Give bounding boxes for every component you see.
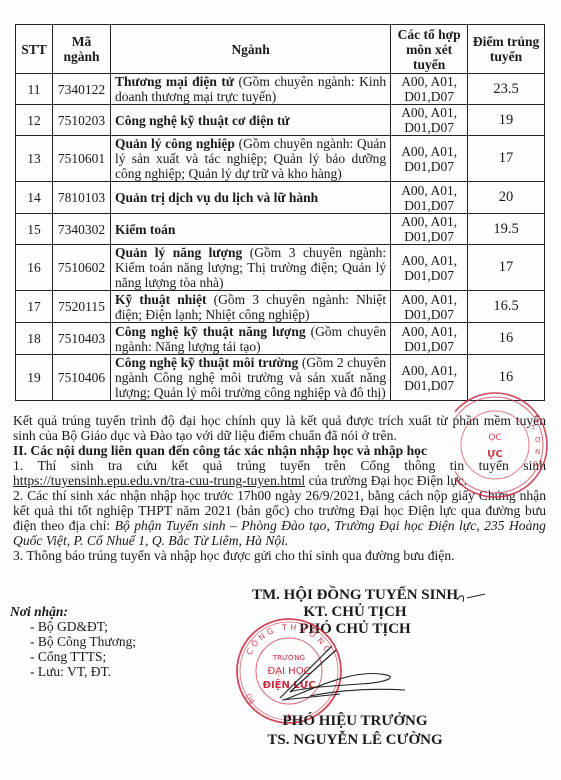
table-row: 187510403Công nghệ kỹ thuật năng lượng (… <box>16 323 545 355</box>
cell-code: 7340122 <box>52 74 110 105</box>
item2-line2: kết quả thi tốt nghiệp THPT năm 2021 (bả… <box>13 503 546 518</box>
svg-text:N: N <box>535 448 540 456</box>
item2-line3: điện theo địa chỉ: Bộ phận Tuyển sinh – … <box>13 518 546 533</box>
cell-stt: 16 <box>16 245 53 291</box>
major-name: Công nghệ kỹ thuật môi trường <box>115 355 298 370</box>
cell-code: 7510203 <box>52 105 110 136</box>
cell-combo: A00, A01, D01,D07 <box>391 214 468 245</box>
svg-text:ỰC: ỰC <box>487 449 503 460</box>
table-row: 177520115Kỹ thuật nhiệt (Gồm 3 chuyên ng… <box>16 291 545 323</box>
item2-address: Bộ phận Tuyển sinh – Phòng Đào tạo, Trườ… <box>115 518 546 533</box>
major-name: Thương mại điện tử <box>115 74 234 89</box>
cell-code: 7810103 <box>52 182 110 214</box>
header-major: Ngành <box>110 25 390 74</box>
cell-code: 7340302 <box>52 214 110 245</box>
header-code: Mã ngành <box>52 25 110 74</box>
cell-combo: A00, A01, D01,D07 <box>391 245 468 291</box>
cell-major: Quản lý công nghiệp (Gồm chuyên ngành: Q… <box>110 136 390 182</box>
cell-major: Công nghệ kỹ thuật năng lượng (Gồm chuyê… <box>110 323 390 355</box>
cell-combo: A00, A01, D01,D07 <box>391 136 468 182</box>
cell-major: Thương mại điện tử (Gồm chuyên ngành: Ki… <box>110 74 390 105</box>
cell-stt: 18 <box>16 323 53 355</box>
header-stt: STT <box>16 25 53 74</box>
handwritten-signature-icon <box>260 640 420 710</box>
cell-code: 7510403 <box>52 323 110 355</box>
svg-text:Ơ: Ơ <box>535 436 541 444</box>
cell-score: 16.5 <box>468 291 545 323</box>
cell-combo: A00, A01, D01,D07 <box>391 291 468 323</box>
cell-code: 7510601 <box>52 136 110 182</box>
cell-major: Công nghệ kỹ thuật cơ điện tử <box>110 105 390 136</box>
major-name: Công nghệ kỹ thuật năng lượng <box>115 324 306 339</box>
initials-mark-icon <box>455 590 487 606</box>
major-name: Công nghệ kỹ thuật cơ điện tử <box>115 113 290 128</box>
cell-score: 20 <box>468 182 545 214</box>
item2-prefix: điện theo địa chỉ: <box>13 518 115 533</box>
cell-major: Kỹ thuật nhiệt (Gồm 3 chuyên ngành: Nhiệ… <box>110 291 390 323</box>
recipient-item: - Bộ GD&ĐT; <box>10 619 136 634</box>
signatory-title: PHÓ HIỆU TRƯỞNG <box>230 713 480 730</box>
table-row: 157340302Kiểm toánA00, A01, D01,D0719.5 <box>16 214 545 245</box>
header-score: Điểm trúng tuyển <box>468 25 545 74</box>
cell-stt: 12 <box>16 105 53 136</box>
major-name: Quản lý năng lượng <box>115 245 242 260</box>
cell-score: 17 <box>468 245 545 291</box>
svg-text:T: T <box>530 424 536 432</box>
signature-council: TM. HỘI ĐỒNG TUYỂN SINH <box>230 587 480 604</box>
cell-major: Kiểm toán <box>110 214 390 245</box>
table-row: 117340122Thương mại điện tử (Gồm chuyên … <box>16 74 545 105</box>
cell-combo: A00, A01, D01,D07 <box>391 182 468 214</box>
svg-text:ỌC: ỌC <box>488 433 501 443</box>
cell-score: 17 <box>468 136 545 182</box>
cell-combo: A00, A01, D01,D07 <box>391 323 468 355</box>
cell-major: Công nghệ kỹ thuật môi trường (Gồm 2 chu… <box>110 355 390 401</box>
recipient-item: - Bộ Công Thương; <box>10 634 136 649</box>
recipients-title: Nơi nhận: <box>10 604 136 619</box>
cell-score: 19.5 <box>468 214 545 245</box>
item1-suffix: của trường Đại học Điện lực. <box>305 473 467 488</box>
table-header-row: STT Mã ngành Ngành Các tổ hợp môn xét tu… <box>16 25 545 74</box>
cell-combo: A00, A01, D01,D07 <box>391 74 468 105</box>
admission-scores-table: STT Mã ngành Ngành Các tổ hợp môn xét tu… <box>15 24 545 401</box>
cell-score: 23.5 <box>468 74 545 105</box>
major-name: Kỹ thuật nhiệt <box>115 292 207 307</box>
cell-code: 7510602 <box>52 245 110 291</box>
header-combo: Các tổ hợp môn xét tuyển <box>391 25 468 74</box>
cell-stt: 14 <box>16 182 53 214</box>
major-name: Quản trị dịch vụ du lịch và lữ hành <box>115 190 318 205</box>
results-lookup-link[interactable]: https://tuyensinh.epu.edu.vn/tra-cuu-tru… <box>13 473 305 488</box>
cell-stt: 15 <box>16 214 53 245</box>
cell-score: 19 <box>468 105 545 136</box>
cell-stt: 11 <box>16 74 53 105</box>
svg-text:G: G <box>533 460 538 468</box>
item2-line4: Quốc Việt, P. Cổ Nhuế 1, Q. Bắc Từ Liêm,… <box>13 533 546 548</box>
cell-combo: A00, A01, D01,D07 <box>391 105 468 136</box>
recipient-item: - Lưu: VT, ĐT. <box>10 664 136 679</box>
major-name: Quản lý công nghiệp <box>115 136 235 151</box>
cell-code: 7520115 <box>52 291 110 323</box>
cell-major: Quản trị dịch vụ du lịch và lữ hành <box>110 182 390 214</box>
cell-stt: 19 <box>16 355 53 401</box>
partial-stamp-icon: ỌC ỰC T Ơ N G <box>455 390 561 500</box>
table-row: 167510602Quản lý năng lượng (Gồm 3 chuyê… <box>16 245 545 291</box>
major-name: Kiểm toán <box>115 222 175 237</box>
cell-major: Quản lý năng lượng (Gồm 3 chuyên ngành: … <box>110 245 390 291</box>
item3: 3. Thông báo trúng tuyển và nhập học đượ… <box>13 548 546 563</box>
table-row: 127510203Công nghệ kỹ thuật cơ điện tửA0… <box>16 105 545 136</box>
cell-score: 16 <box>468 323 545 355</box>
cell-stt: 13 <box>16 136 53 182</box>
cell-stt: 17 <box>16 291 53 323</box>
table-row: 137510601Quản lý công nghiệp (Gồm chuyên… <box>16 136 545 182</box>
cell-code: 7510406 <box>52 355 110 401</box>
table-row: 147810103Quản trị dịch vụ du lịch và lữ … <box>16 182 545 214</box>
recipients-block: Nơi nhận: - Bộ GD&ĐT;- Bộ Công Thương;- … <box>10 604 136 679</box>
recipient-item: - Cổng TTTS; <box>10 649 136 664</box>
signatory-name: TS. NGUYỄN LÊ CƯỜNG <box>230 732 480 749</box>
